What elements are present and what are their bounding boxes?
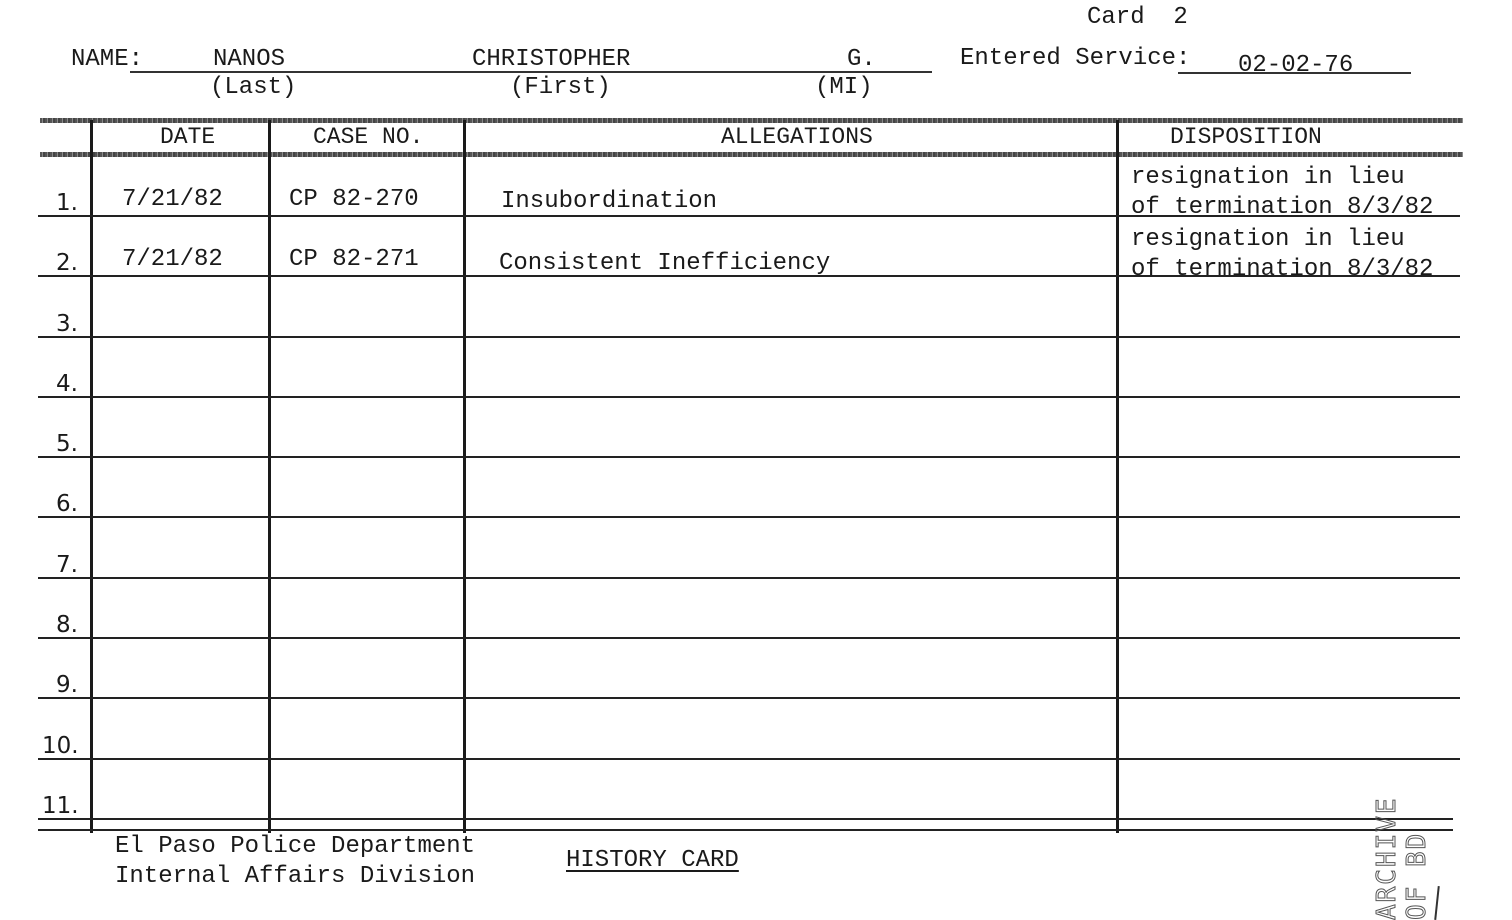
header-case-no: CASE NO. [313, 124, 423, 150]
row-1-disposition-line1: resignation in lieu [1131, 164, 1405, 191]
header-disposition: DISPOSITION [1170, 124, 1322, 150]
row-number: 8. [56, 612, 78, 638]
entered-service-value: 02-02-76 [1238, 52, 1353, 79]
row-1-case-no: CP 82-270 [289, 186, 419, 213]
header-bottom-border [40, 152, 1463, 157]
middle-initial-caption: (MI) [815, 74, 873, 101]
archive-stamp: ARCHIVE OF BD [1372, 780, 1432, 920]
row-1-disposition-line2: of termination 8/3/82 [1131, 194, 1433, 221]
row-2-allegation: Consistent Inefficiency [499, 250, 830, 277]
column-divider-disposition [1116, 120, 1119, 833]
column-divider-allegations [463, 120, 466, 833]
history-card-title: HISTORY CARD [566, 847, 739, 874]
row-line-11 [38, 818, 1453, 820]
row-number: 4. [56, 371, 78, 397]
row-number: 9. [56, 672, 78, 698]
row-number: 11. [42, 793, 79, 819]
table-top-border [40, 118, 1463, 123]
header-allegations: ALLEGATIONS [721, 124, 873, 150]
row-2-disposition-line2: of termination 8/3/82 [1131, 256, 1433, 283]
pen-mark [1434, 886, 1440, 920]
row-line-6 [38, 516, 1460, 518]
row-number: 7. [56, 552, 78, 578]
row-line-9 [38, 697, 1460, 699]
last-name-value: NANOS [213, 46, 285, 73]
header-date: DATE [160, 124, 215, 150]
row-number: 5. [56, 431, 78, 457]
card-number-value: 2 [1173, 4, 1187, 31]
card-number: Card 2 [1087, 4, 1188, 31]
footer-org-line1: El Paso Police Department [115, 833, 475, 860]
column-divider-case [268, 120, 271, 833]
row-line-7 [38, 577, 1460, 579]
row-2-case-no: CP 82-271 [289, 246, 419, 273]
row-1-date: 7/21/82 [122, 186, 223, 213]
row-line-3 [38, 336, 1460, 338]
entered-service-label: Entered Service: [960, 45, 1190, 72]
middle-initial-value: G. [847, 46, 876, 73]
row-2-date: 7/21/82 [122, 246, 223, 273]
row-number: 2. [56, 250, 78, 276]
row-number: 6. [56, 491, 78, 517]
row-line-4 [38, 396, 1460, 398]
row-1-allegation: Insubordination [501, 188, 717, 215]
name-label: NAME: [71, 46, 143, 73]
row-line-5 [38, 456, 1460, 458]
footer-org-line2: Internal Affairs Division [115, 863, 475, 890]
first-name-caption: (First) [510, 74, 611, 101]
row-number: 1. [56, 190, 78, 216]
table-bottom-border [38, 829, 1453, 831]
first-name-value: CHRISTOPHER [472, 46, 630, 73]
row-number: 10. [42, 733, 79, 759]
row-2-disposition-line1: resignation in lieu [1131, 226, 1405, 253]
last-name-caption: (Last) [210, 74, 296, 101]
row-number: 3. [56, 311, 78, 337]
column-divider-date [90, 120, 93, 833]
row-line-10 [38, 758, 1460, 760]
card-label: Card [1087, 4, 1145, 31]
row-line-8 [38, 637, 1460, 639]
